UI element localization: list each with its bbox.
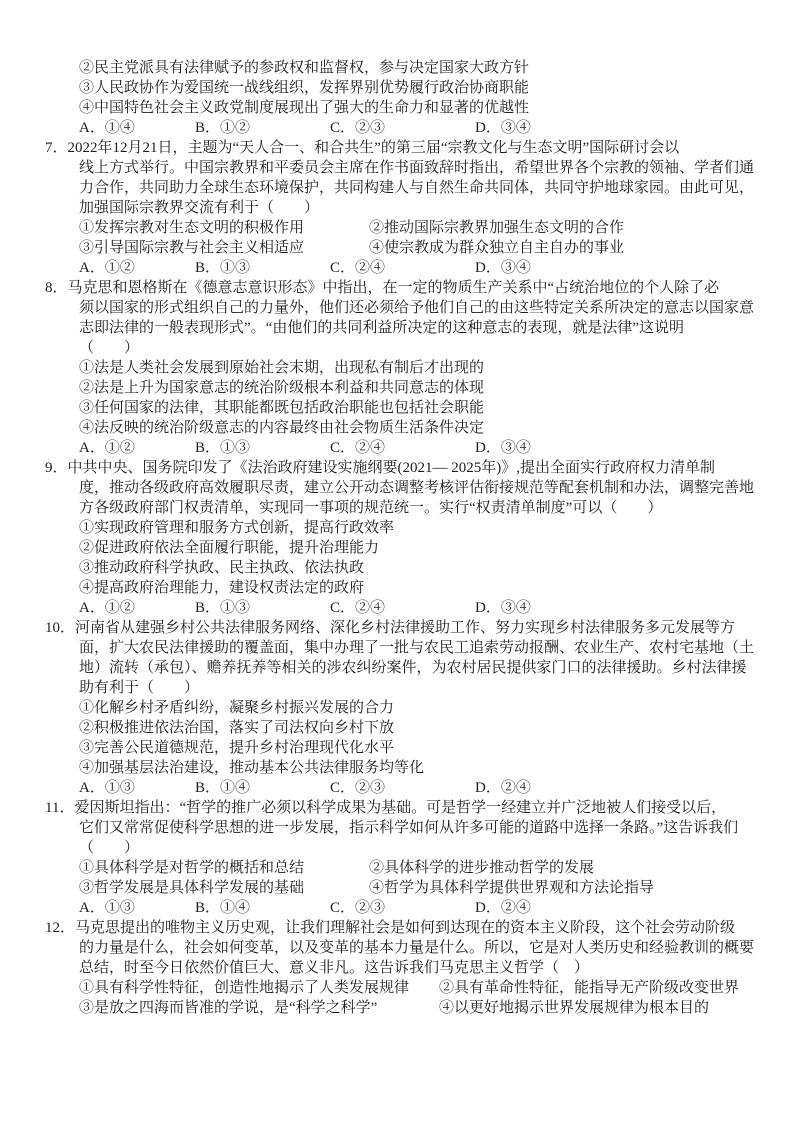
stem-line: 8．马克思和恩格斯在《德意志意识形态》中指出，在一定的物质生产关系中“占统治地位… <box>79 278 758 298</box>
stem-line: 助有利于（ ） <box>79 678 758 698</box>
option-item: ③哲学发展是具体科学发展的基础 <box>79 878 369 898</box>
option-item: ④哲学为具体科学提供世界观和方法论指导 <box>369 878 654 898</box>
answer-row: A．①② B．①③ C．②④ D．③④ <box>79 438 758 458</box>
option-pair-row: ③哲学发展是具体科学发展的基础 ④哲学为具体科学提供世界观和方法论指导 <box>79 878 758 898</box>
answer-choice-b: B．①③ <box>195 258 330 278</box>
answer-choice-a: A．①② <box>79 438 195 458</box>
option-pair-row: ①具体科学是对哲学的概括和总结 ②具体科学的进步推动哲学的发展 <box>79 858 758 878</box>
stem-line: 10．河南省从建强乡村公共法律服务网络、深化乡村法律援助工作、努力实现乡村法律服… <box>79 618 758 638</box>
option-line: ③推动政府科学执政、民主执政、依法执政 <box>79 558 758 578</box>
stem-line: 11．爱因斯坦指出：“哲学的推广必须以科学成果为基础。可是哲学一经建立并广泛地被… <box>79 798 758 818</box>
stem-line: 7．2022年12月21日，主题为“天人合一、和合共生”的第三届“宗教文化与生态… <box>79 138 758 158</box>
answer-choice-c: C．②③ <box>330 118 475 138</box>
answer-choice-d: D．③④ <box>475 438 531 458</box>
option-pair-row: ①发挥宗教对生态文明的积极作用 ②推动国际宗教界加强生态文明的合作 <box>79 218 758 238</box>
option-line: ①实现政府管理和服务方式创新，提高行政效率 <box>79 518 758 538</box>
answer-choice-c: C．②④ <box>330 258 475 278</box>
answer-choice-c: C．②③ <box>330 898 475 918</box>
stem-line: 志即法律的一般表现形式”。“由他们的共同利益所决定的这种意志的表现，就是法律”这… <box>79 318 758 338</box>
answer-row: A．①③ B．①④ C．②③ D．②④ <box>79 898 758 918</box>
answer-choice-c: C．②③ <box>330 778 475 798</box>
answer-choice-a: A．①② <box>79 598 195 618</box>
answer-choice-b: B．①④ <box>195 778 330 798</box>
stem-line: 9．中共中央、国务院印发了《法治政府建设实施纲要(2021— 2025年)》,提… <box>79 458 758 478</box>
option-item: ①发挥宗教对生态文明的积极作用 <box>79 218 369 238</box>
option-pair-row: ③引导国际宗教与社会主义相适应 ④使宗教成为群众独立自主自办的事业 <box>79 238 758 258</box>
option-line: ②民主党派具有法律赋予的参政权和监督权，参与决定国家大政方针 <box>79 58 758 78</box>
answer-choice-c: C．②④ <box>330 598 475 618</box>
option-item: ④以更好地揭示世界发展规律为根本目的 <box>439 998 709 1018</box>
answer-choice-d: D．③④ <box>475 258 531 278</box>
stem-line: 度，推动各级政府高效履职尽责，建立公开动态调整考核评估衔接规范等配套机制和办法，… <box>79 478 758 498</box>
stem-line: （ ） <box>79 838 758 858</box>
option-line: ③完善公民道德规范，提升乡村治理现代化水平 <box>79 738 758 758</box>
answer-choice-d: D．②④ <box>475 898 531 918</box>
stem-line: 总结，时至今日依然价值巨大、意义非凡。这告诉我们马克思主义哲学（ ） <box>79 958 758 978</box>
answer-choice-a: A．①③ <box>79 898 195 918</box>
option-pair-row: ③是放之四海而皆准的学说，是“科学之科学” ④以更好地揭示世界发展规律为根本目的 <box>79 998 758 1018</box>
option-line: ④加强基层法治建设，推动基本公共法律服务均等化 <box>79 758 758 778</box>
answer-choice-b: B．①④ <box>195 898 330 918</box>
answer-choice-d: D．③④ <box>475 118 531 138</box>
answer-choice-c: C．②④ <box>330 438 475 458</box>
answer-choice-a: A．①④ <box>79 118 195 138</box>
option-item: ①具有科学性特征，创造性地揭示了人类发展规律 <box>79 978 439 998</box>
stem-line: 它们又常常促使科学思想的进一步发展，指示科学如何从许多可能的道路中选择一条路。”… <box>79 818 758 838</box>
answer-choice-b: B．①② <box>195 118 330 138</box>
stem-line: 加强国际宗教界交流有利于（ ） <box>79 198 758 218</box>
question-6: ②民主党派具有法律赋予的参政权和监督权，参与决定国家大政方针 ③人民政协作为爱国… <box>45 58 758 138</box>
stem-line: 面，扩大农民法律援助的覆盖面，集中办理了一批与农民工追索劳动报酬、农业生产、农村… <box>79 638 758 658</box>
option-item: ③引导国际宗教与社会主义相适应 <box>79 238 369 258</box>
question-12: 12．马克思提出的唯物主义历史观，让我们理解社会是如何到达现在的资本主义阶段，这… <box>45 918 758 1018</box>
answer-choice-a: A．①② <box>79 258 195 278</box>
option-line: ④中国特色社会主义政党制度展现出了强大的生命力和显著的优越性 <box>79 98 758 118</box>
option-pair-row: ①具有科学性特征，创造性地揭示了人类发展规律 ②具有革命性特征，能指导无产阶级改… <box>79 978 758 998</box>
option-item: ②具体科学的进步推动哲学的发展 <box>369 858 594 878</box>
option-item: ④使宗教成为群众独立自主自办的事业 <box>369 238 624 258</box>
answer-choice-b: B．①③ <box>195 438 330 458</box>
option-line: ①法是人类社会发展到原始社会末期，出现私有制后才出现的 <box>79 358 758 378</box>
question-7: 7．2022年12月21日，主题为“天人合一、和合共生”的第三届“宗教文化与生态… <box>45 138 758 278</box>
answer-choice-b: B．①③ <box>195 598 330 618</box>
answer-choice-a: A．①③ <box>79 778 195 798</box>
stem-line: 线上方式举行。中国宗教界和平委员会主席在作书面致辞时指出，希望世界各个宗教的领袖… <box>79 158 758 178</box>
stem-line: 方各级政府部门权责清单，实现同一事项的规范统一。实行“权责清单制度”可以（ ） <box>79 498 758 518</box>
stem-line: （ ） <box>79 338 758 358</box>
option-line: ③任何国家的法律，其职能都既包括政治职能也包括社会职能 <box>79 398 758 418</box>
option-line: ④提高政府治理能力，建设权责法定的政府 <box>79 578 758 598</box>
stem-line: 力合作，共同助力全球生态环境保护，共同构建人与自然生命共同体，共同守护地球家园。… <box>79 178 758 198</box>
option-line: ④法反映的统治阶级意志的内容最终由社会物质生活条件决定 <box>79 418 758 438</box>
option-item: ①具体科学是对哲学的概括和总结 <box>79 858 369 878</box>
answer-choice-d: D．②④ <box>475 778 531 798</box>
stem-line: 12．马克思提出的唯物主义历史观，让我们理解社会是如何到达现在的资本主义阶段，这… <box>79 918 758 938</box>
answer-row: A．①④ B．①② C．②③ D．③④ <box>79 118 758 138</box>
option-item: ②推动国际宗教界加强生态文明的合作 <box>369 218 624 238</box>
answer-row: A．①② B．①③ C．②④ D．③④ <box>79 598 758 618</box>
answer-row: A．①② B．①③ C．②④ D．③④ <box>79 258 758 278</box>
option-item: ②具有革命性特征，能指导无产阶级改变世界 <box>439 978 739 998</box>
question-10: 10．河南省从建强乡村公共法律服务网络、深化乡村法律援助工作、努力实现乡村法律服… <box>45 618 758 798</box>
stem-line: 地）流转（承包）、赡养抚养等相关的涉农纠纷案件，为农村居民提供家门口的法律援助。… <box>79 658 758 678</box>
option-line: ①化解乡村矛盾纠纷，凝聚乡村振兴发展的合力 <box>79 698 758 718</box>
question-9: 9．中共中央、国务院印发了《法治政府建设实施纲要(2021— 2025年)》,提… <box>45 458 758 618</box>
option-line: ②法是上升为国家意志的统治阶级根本利益和共同意志的体现 <box>79 378 758 398</box>
question-11: 11．爱因斯坦指出：“哲学的推广必须以科学成果为基础。可是哲学一经建立并广泛地被… <box>45 798 758 918</box>
exam-page: ②民主党派具有法律赋予的参政权和监督权，参与决定国家大政方针 ③人民政协作为爱国… <box>0 0 794 1123</box>
option-item: ③是放之四海而皆准的学说，是“科学之科学” <box>79 998 439 1018</box>
question-8: 8．马克思和恩格斯在《德意志意识形态》中指出，在一定的物质生产关系中“占统治地位… <box>45 278 758 458</box>
stem-line: 的力量是什么，社会如何变革，以及变革的基本力量是什么。所以，它是对人类历史和经验… <box>79 938 758 958</box>
option-line: ③人民政协作为爱国统一战线组织，发挥界别优势履行政治协商职能 <box>79 78 758 98</box>
answer-choice-d: D．③④ <box>475 598 531 618</box>
stem-line: 须以国家的形式组织自己的力量外，他们还必须给予他们自己的由这些特定关系所决定的意… <box>79 298 758 318</box>
answer-row: A．①③ B．①④ C．②③ D．②④ <box>79 778 758 798</box>
option-line: ②促进政府依法全面履行职能，提升治理能力 <box>79 538 758 558</box>
option-line: ②积极推进依法治国，落实了司法权向乡村下放 <box>79 718 758 738</box>
